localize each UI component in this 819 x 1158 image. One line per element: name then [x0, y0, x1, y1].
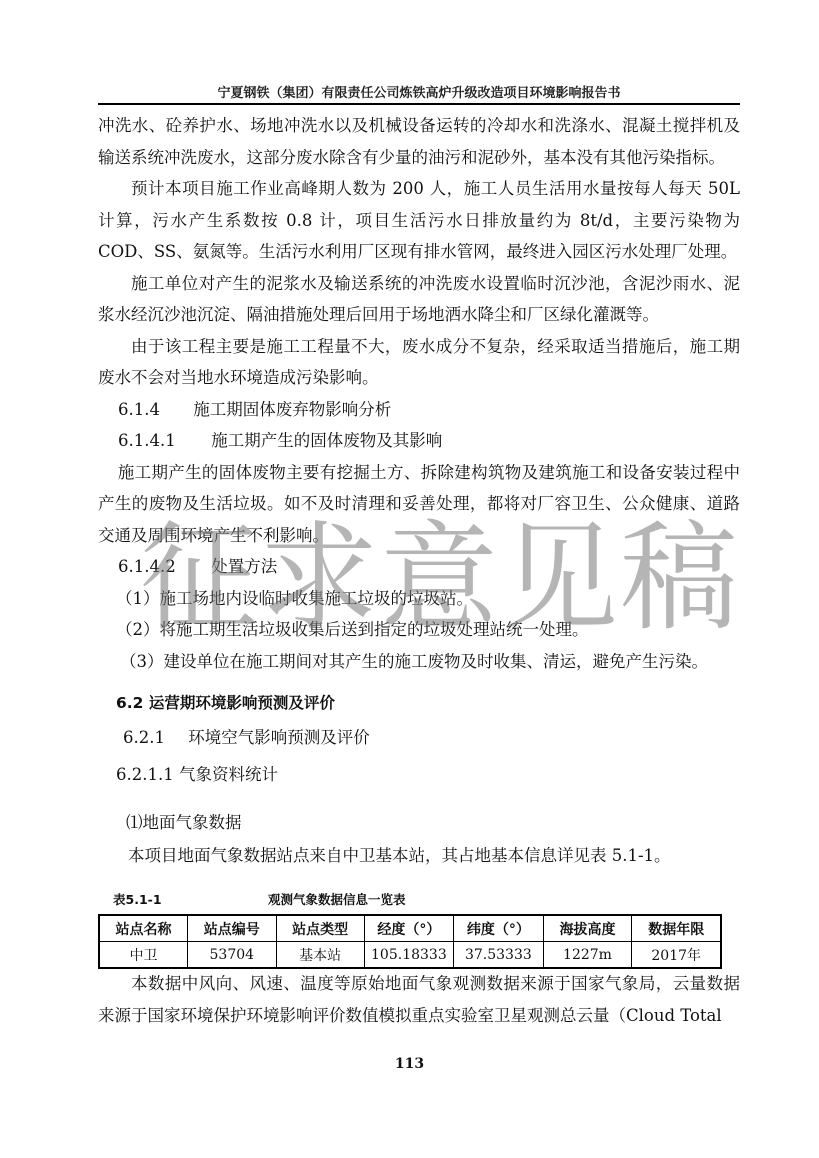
- cell-station-id: 53704: [187, 942, 276, 969]
- paragraph-station-source: 本项目地面气象数据站点来自中卫基本站，其占地基本信息详见表 5.1-1。: [98, 841, 740, 871]
- section-title: 施工期产生的固体废物及其影响: [211, 431, 442, 450]
- list-item: （3）建设单位在施工期间对其产生的施工废物及时收集、清运，避免产生污染。: [98, 646, 740, 678]
- column-header-station-id: 站点编号: [187, 915, 276, 942]
- document-body-continued: 本数据中风向、风速、温度等原始地面气象观测数据来源于国家气象局，云量数据来源于国…: [98, 968, 740, 1031]
- section-number: 6.1.4.1: [118, 425, 206, 457]
- section-heading-6-1-4: 6.1.4 施工期固体废弃物影响分析: [98, 394, 740, 426]
- column-header-data-year: 数据年限: [632, 915, 721, 942]
- section-heading-6-2: 6.2 运营期环境影响预测及评价: [98, 687, 740, 719]
- paragraph-sedimentation: 施工单位对产生的泥浆水及输送系统的冲洗废水设置临时沉沙池，含泥沙雨水、泥浆水经沉…: [98, 268, 740, 331]
- table-row: 中卫 53704 基本站 105.18333 37.53333 1227m 20…: [99, 942, 721, 969]
- cell-data-year: 2017年: [632, 942, 721, 969]
- list-item: （2）将施工期生活垃圾收集后送到指定的垃圾处理站统一处理。: [98, 614, 740, 646]
- column-header-longitude: 经度（°）: [364, 915, 454, 942]
- list-item: （1）施工场地内设临时收集施工垃圾的垃圾站。: [98, 583, 740, 615]
- weather-station-table: 站点名称 站点编号 站点类型 经度（°） 纬度（°） 海拔高度 数据年限 中卫 …: [98, 914, 722, 969]
- paragraph-conclusion: 由于该工程主要是施工工程量不大，废水成分不复杂，经采取适当措施后，施工期废水不会…: [98, 331, 740, 394]
- column-header-latitude: 纬度（°）: [454, 915, 543, 942]
- column-header-station-type: 站点类型: [276, 915, 364, 942]
- table-number: 表5.1-1: [113, 892, 162, 907]
- section-heading-6-1-4-2: 6.1.4.2 处置方法: [98, 551, 740, 583]
- section-number: 6.1.4: [118, 394, 188, 426]
- column-header-altitude: 海拔高度: [543, 915, 632, 942]
- section-heading-6-1-4-1: 6.1.4.1 施工期产生的固体废物及其影响: [98, 425, 740, 457]
- column-header-station-name: 站点名称: [99, 915, 187, 942]
- subheading-surface-weather-data: ⑴地面气象数据: [98, 805, 740, 841]
- section-heading-6-2-1: 6.2.1 环境空气影响预测及评价: [98, 719, 740, 757]
- cell-station-name: 中卫: [99, 942, 187, 969]
- table-caption: 表5.1-1 观测气象数据信息一览表: [113, 890, 162, 908]
- section-number: 6.2.1: [123, 719, 183, 757]
- cell-latitude: 37.53333: [454, 942, 543, 969]
- cell-altitude: 1227m: [543, 942, 632, 969]
- section-heading-6-2-1-1: 6.2.1.1 气象资料统计: [98, 757, 740, 793]
- section-title: 施工期固体废弃物影响分析: [193, 400, 391, 419]
- header-rule: [98, 103, 740, 105]
- cell-station-type: 基本站: [276, 942, 364, 969]
- paragraph-wastewater-sources: 冲洗水、砼养护水、场地冲洗水以及机械设备运转的冷却水和洗涤水、混凝土搅拌机及输送…: [98, 110, 740, 173]
- paragraph-solid-waste: 施工期产生的固体废物主要有挖掘土方、拆除建构筑物及建筑施工和设备安装过程中产生的…: [98, 457, 740, 552]
- paragraph-data-sources: 本数据中风向、风速、温度等原始地面气象观测数据来源于国家气象局，云量数据来源于国…: [98, 968, 740, 1031]
- section-number: 6.1.4.2: [118, 551, 206, 583]
- page-number: 113: [0, 1056, 819, 1072]
- document-body: 冲洗水、砼养护水、场地冲洗水以及机械设备运转的冷却水和洗涤水、混凝土搅拌机及输送…: [98, 110, 740, 871]
- paragraph-domestic-sewage: 预计本项目施工作业高峰期人数为 200 人，施工人员生活用水量按每人每天 50L…: [98, 173, 740, 268]
- cell-longitude: 105.18333: [364, 942, 454, 969]
- section-title: 环境空气影响预测及评价: [188, 728, 370, 747]
- section-title: 处置方法: [211, 557, 277, 576]
- table-header-row: 站点名称 站点编号 站点类型 经度（°） 纬度（°） 海拔高度 数据年限: [99, 915, 721, 942]
- running-header: 宁夏钢铁（集团）有限责任公司炼铁高炉升级改造项目环境影响报告书: [98, 82, 740, 101]
- table-title: 观测气象数据信息一览表: [268, 890, 406, 908]
